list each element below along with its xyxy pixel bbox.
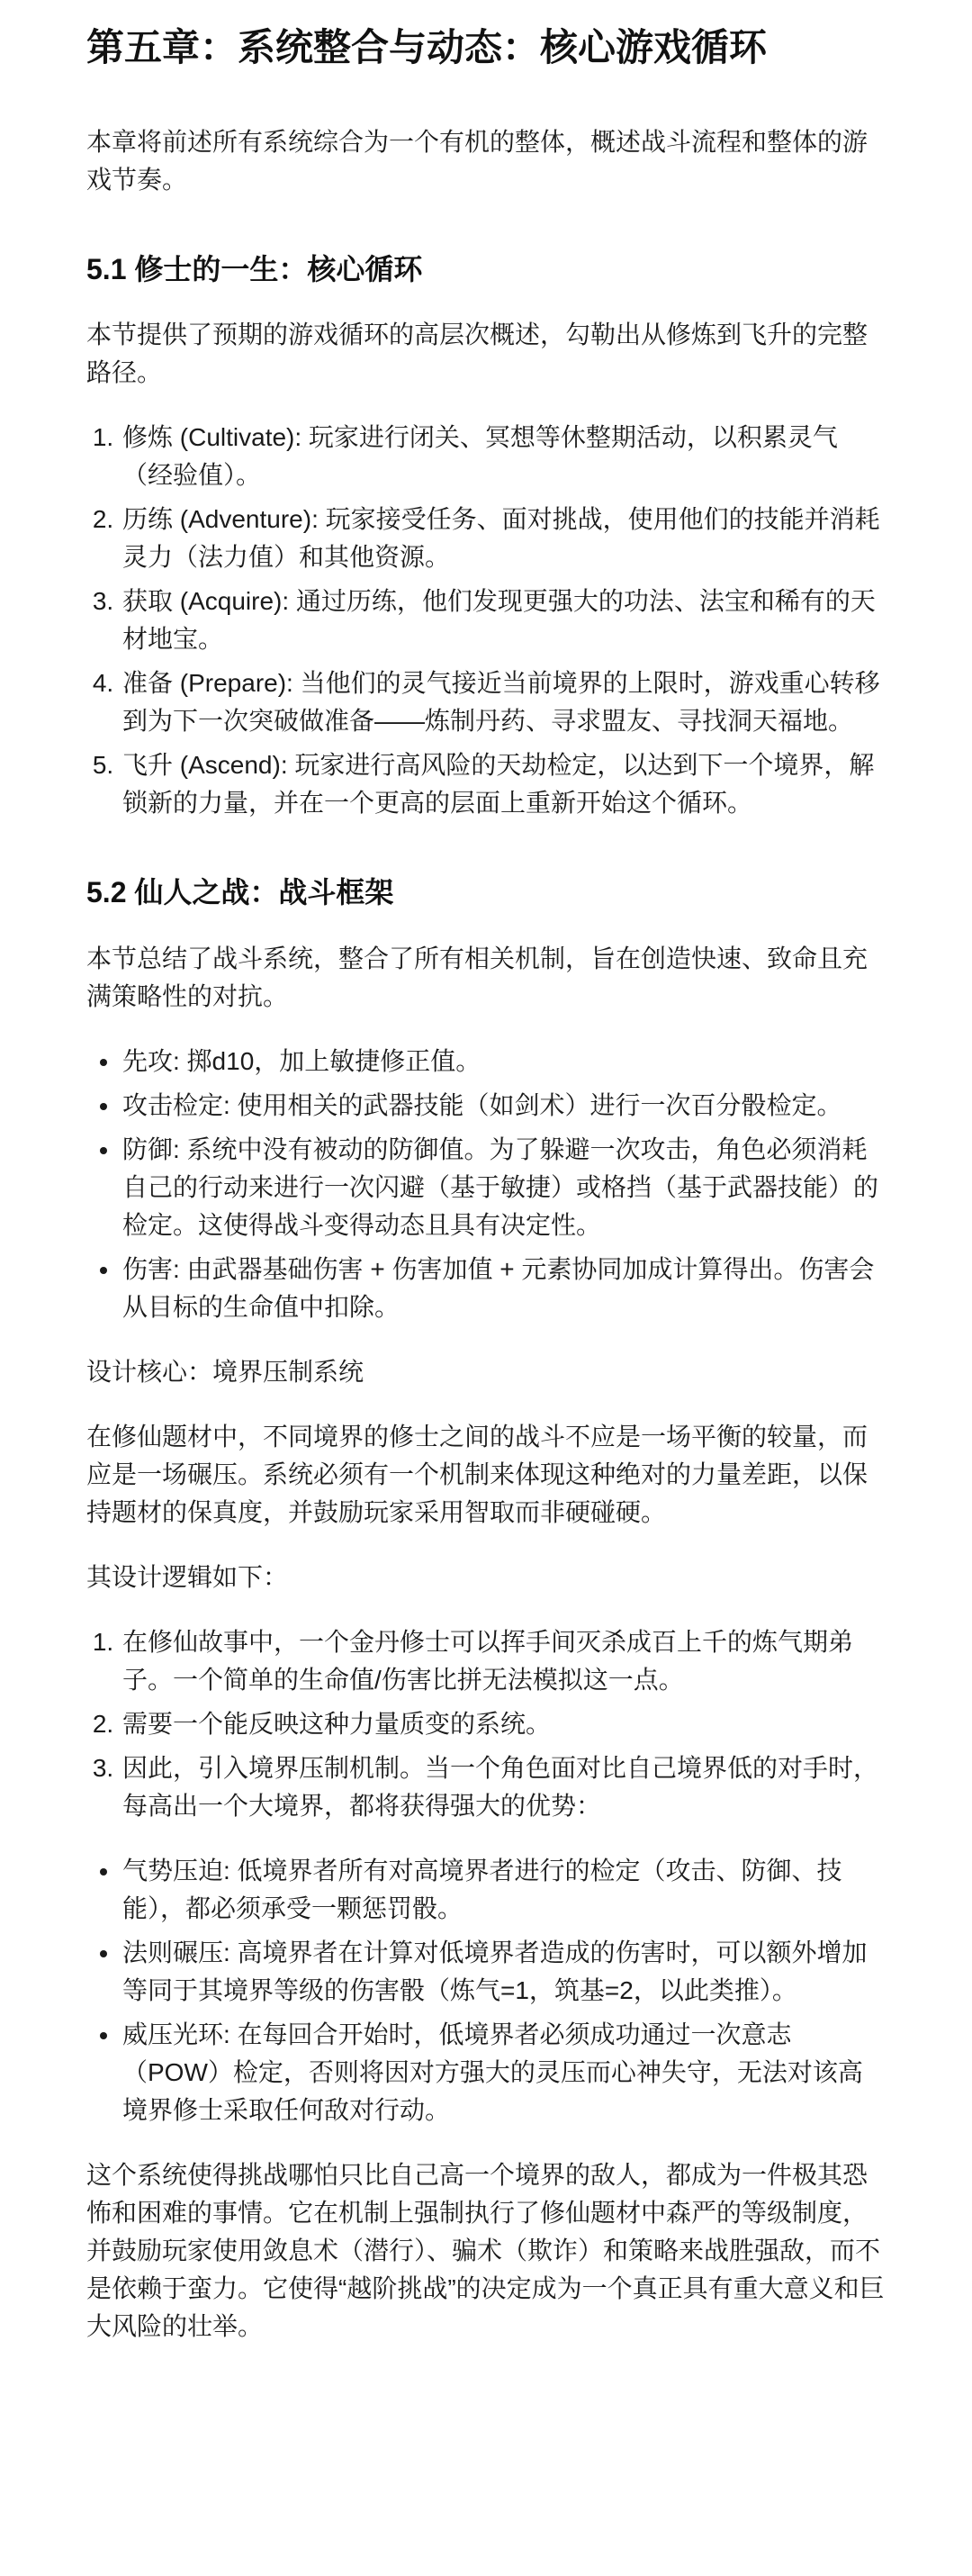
core-loop-step: 准备 (Prepare): 当他们的灵气接近当前境界的上限时，游戏重心转移到为下…	[121, 664, 886, 740]
design-logic-step: 在修仙故事中，一个金丹修士可以挥手间灭杀成百上千的炼气期弟子。一个简单的生命值/…	[121, 1623, 886, 1699]
design-logic-ordered-list: 在修仙故事中，一个金丹修士可以挥手间灭杀成百上千的炼气期弟子。一个简单的生命值/…	[86, 1623, 886, 1825]
section-5-1-intro-paragraph: 本节提供了预期的游戏循环的高层次概述，勾勒出从修炼到飞升的完整路径。	[86, 316, 886, 392]
core-loop-step: 修炼 (Cultivate): 玩家进行闭关、冥想等休整期活动，以积累灵气（经验…	[121, 419, 886, 494]
core-loop-step: 获取 (Acquire): 通过历练，他们发现更强大的功法、法宝和稀有的天材地宝…	[121, 583, 886, 658]
design-core-paragraph: 在修仙题材中，不同境界的修士之间的战斗不应是一场平衡的较量，而应是一场碾压。系统…	[86, 1418, 886, 1532]
core-loop-ordered-list: 修炼 (Cultivate): 玩家进行闭关、冥想等休整期活动，以积累灵气（经验…	[86, 419, 886, 822]
combat-point: 先攻: 掷d10，加上敏捷修正值。	[121, 1043, 886, 1080]
section-5-2-intro-paragraph: 本节总结了战斗系统，整合了所有相关机制，旨在创造快速、致命且充满策略性的对抗。	[86, 940, 886, 1016]
suppression-effect: 法则碾压: 高境界者在计算对低境界者造成的伤害时，可以额外增加等同于其境界等级的…	[121, 1934, 886, 2010]
combat-framework-bullet-list: 先攻: 掷d10，加上敏捷修正值。 攻击检定: 使用相关的武器技能（如剑术）进行…	[86, 1043, 886, 1326]
core-loop-step: 飞升 (Ascend): 玩家进行高风险的天劫检定，以达到下一个境界，解锁新的力…	[121, 746, 886, 822]
section-5-2-heading: 5.2 仙人之战：战斗框架	[86, 872, 886, 913]
section-5-1-heading: 5.1 修士的一生：核心循环	[86, 249, 886, 290]
combat-point: 伤害: 由武器基础伤害 + 伤害加值 + 元素协同加成计算得出。伤害会从目标的生…	[121, 1251, 886, 1326]
document-page: 第五章：系统整合与动态：核心游戏循环 本章将前述所有系统综合为一个有机的整体，概…	[0, 0, 972, 2454]
page-title: 第五章：系统整合与动态：核心游戏循环	[86, 23, 886, 73]
design-logic-label: 其设计逻辑如下：	[86, 1559, 886, 1596]
combat-point: 防御: 系统中没有被动的防御值。为了躲避一次攻击，角色必须消耗自己的行动来进行一…	[121, 1131, 886, 1244]
combat-point: 攻击检定: 使用相关的武器技能（如剑术）进行一次百分骰检定。	[121, 1087, 886, 1125]
closing-paragraph: 这个系统使得挑战哪怕只比自己高一个境界的敌人，都成为一件极其恐怖和困难的事情。它…	[86, 2156, 886, 2346]
design-logic-step: 需要一个能反映这种力量质变的系统。	[121, 1705, 886, 1743]
suppression-effect: 威压光环: 在每回合开始时，低境界者必须成功通过一次意志（POW）检定，否则将因…	[121, 2016, 886, 2129]
suppression-effect: 气势压迫: 低境界者所有对高境界者进行的检定（攻击、防御、技能），都必须承受一颗…	[121, 1852, 886, 1928]
chapter-intro-paragraph: 本章将前述所有系统综合为一个有机的整体，概述战斗流程和整体的游戏节奏。	[86, 123, 886, 199]
design-core-label: 设计核心：境界压制系统	[86, 1353, 886, 1391]
suppression-effects-bullet-list: 气势压迫: 低境界者所有对高境界者进行的检定（攻击、防御、技能），都必须承受一颗…	[86, 1852, 886, 2129]
core-loop-step: 历练 (Adventure): 玩家接受任务、面对挑战，使用他们的技能并消耗灵力…	[121, 501, 886, 576]
design-logic-step: 因此，引入境界压制机制。当一个角色面对比自己境界低的对手时，每高出一个大境界，都…	[121, 1749, 886, 1825]
